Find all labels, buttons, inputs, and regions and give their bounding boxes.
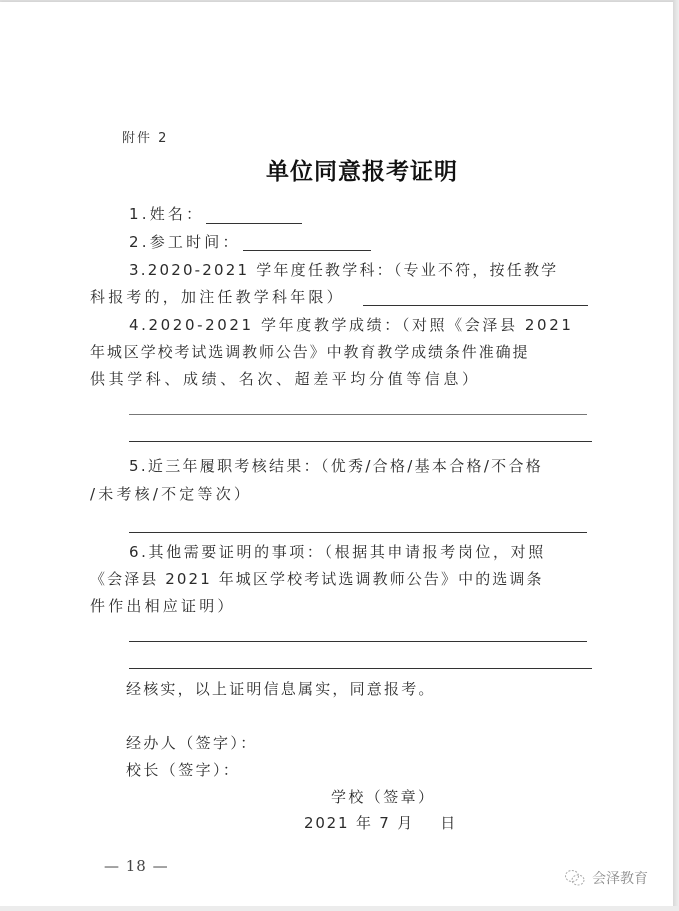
page-bottom-edge bbox=[0, 906, 679, 911]
teaching-subject-line1: 3.2020-2021 学年度任教学科：（专业不符，按任教学 bbox=[129, 260, 558, 280]
teaching-results-line1: 4.2020-2021 学年度教学成绩：（对照《会泽县 2021 bbox=[129, 315, 573, 335]
appraisal-results-line1: 5.近三年履职考核结果：（优秀/合格/基本合格/不合格 bbox=[129, 456, 543, 476]
other-matters-line2: 《会泽县 2021 年城区学校考试选调教师公告》中的选调条 bbox=[90, 569, 544, 589]
name-label: 1.姓名： bbox=[129, 204, 204, 224]
appraisal-results-line2: /未考核/不定等次） bbox=[90, 484, 252, 504]
teaching-results-line3: 供其学科、成绩、名次、超差平均分值等信息） bbox=[90, 369, 481, 389]
attachment-label: 附件 2 bbox=[122, 129, 168, 149]
teaching-subject-field-line[interactable] bbox=[363, 305, 588, 306]
teaching-subject-line2: 科报考的，加注任教学科年限） bbox=[90, 287, 345, 307]
watermark: 会泽教育 bbox=[564, 868, 648, 888]
teaching-results-field-line-2[interactable] bbox=[129, 441, 592, 442]
page-right-edge bbox=[673, 0, 679, 911]
other-matters-field-line-1[interactable] bbox=[129, 641, 587, 642]
page-number: — 18 — bbox=[104, 857, 169, 875]
other-matters-line3: 件作出相应证明） bbox=[90, 596, 236, 616]
work-start-label: 2.参工时间： bbox=[129, 232, 241, 252]
name-field-line[interactable] bbox=[206, 223, 302, 224]
page-title: 单位同意报考证明 bbox=[266, 158, 458, 186]
wechat-icon bbox=[564, 869, 586, 887]
verification-statement: 经核实，以上证明信息属实，同意报考。 bbox=[126, 679, 436, 699]
appraisal-results-field-line[interactable] bbox=[129, 532, 587, 533]
other-matters-line1: 6.其他需要证明的事项：（根据其申请报考岗位，对照 bbox=[129, 542, 546, 562]
document-page bbox=[0, 2, 673, 906]
watermark-text: 会泽教育 bbox=[592, 868, 648, 888]
principal-signature-label: 校长（签字）： bbox=[126, 760, 240, 780]
other-matters-field-line-2[interactable] bbox=[129, 668, 592, 669]
work-start-field-line[interactable] bbox=[243, 250, 371, 251]
date-line: 2021 年 7 月 日 bbox=[304, 813, 457, 833]
handler-signature-label: 经办人（签字）： bbox=[126, 733, 258, 753]
school-seal-label: 学校（签章） bbox=[331, 787, 435, 807]
teaching-results-line2: 年城区学校考试选调教师公告》中教育教学成绩条件准确提 bbox=[90, 342, 529, 362]
teaching-results-field-line-1[interactable] bbox=[129, 414, 587, 415]
